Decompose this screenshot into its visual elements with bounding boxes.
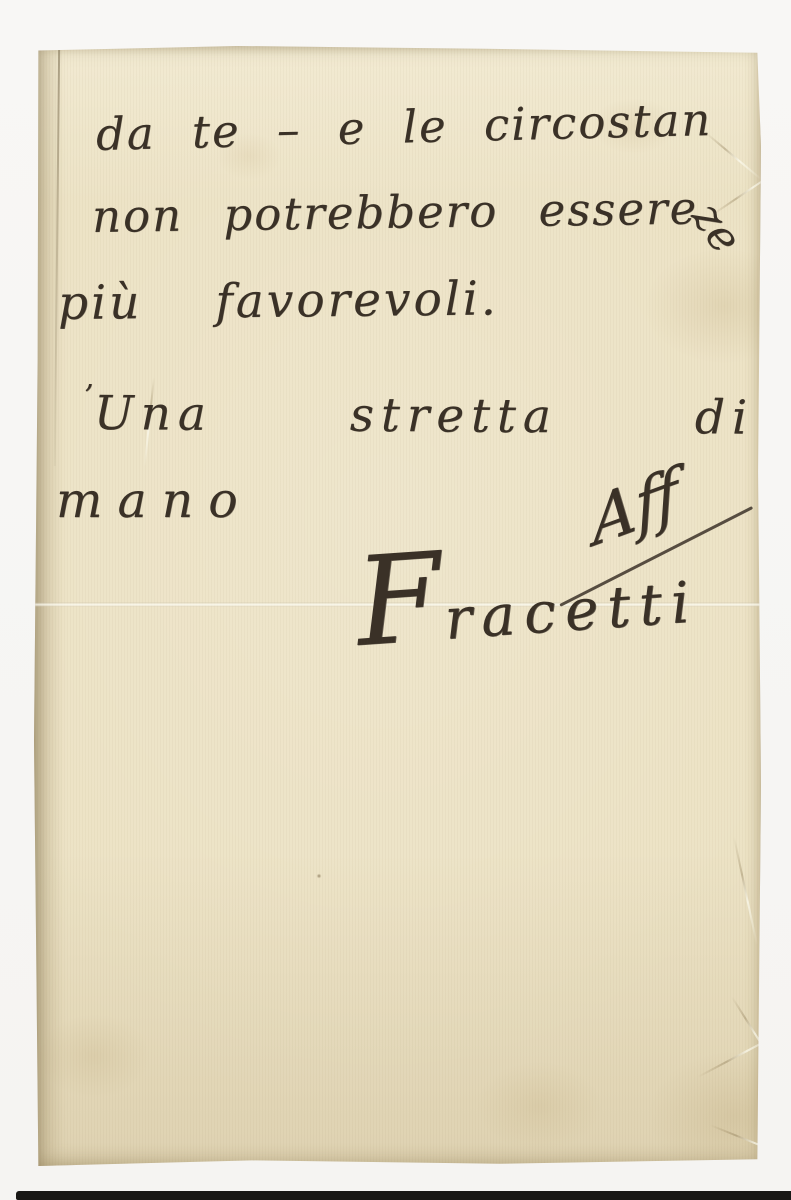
crease-bottom-right-3 <box>731 996 771 1058</box>
crease-top-right-1 <box>705 132 761 180</box>
handwritten-line-3: più favorevoli. <box>58 275 499 327</box>
handwritten-line-2: non potrebbero essere <box>92 186 699 239</box>
left-edge-crease <box>54 46 60 466</box>
scanner-edge-strip <box>16 1191 791 1200</box>
crease-bottom-right-2 <box>710 1124 785 1156</box>
handwritten-line-4: Una stretta di <box>94 390 754 442</box>
handwritten-line-5: mano <box>56 476 253 525</box>
handwritten-line-1: da te – e le circostan <box>95 97 712 157</box>
ink-mark: ’ <box>84 382 94 412</box>
scanned-letter-page: da te – e le circostan ze non potrebbero… <box>0 0 791 1200</box>
left-spine-shadow <box>34 46 64 1166</box>
crease-right-middle <box>733 837 758 945</box>
crease-bottom-right-1 <box>698 1033 780 1078</box>
